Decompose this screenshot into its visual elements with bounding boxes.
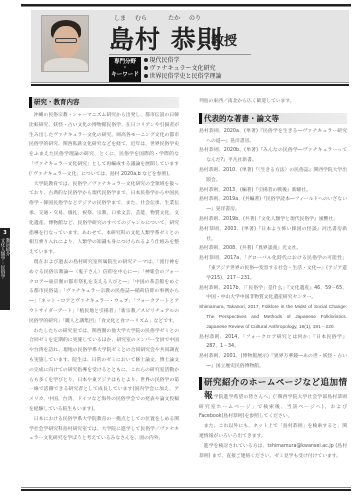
- publication-item: Shimamura, Takanori, 2017, Folklore in t…: [199, 303, 347, 332]
- top-rule: [21, 4, 351, 7]
- portrait-photo: [41, 15, 89, 72]
- paragraph: 沖縄の民俗宗教・シャーマニズム研究から出発し、都市伝説の日韓比較研究、妖怪・占い…: [29, 111, 179, 180]
- profile-header: しま むら たか のり 島村 恭則 教授 専門分野 ・ キーワード 現代民俗学 …: [31, 10, 349, 82]
- paragraph: 「大学院進学希望の皆さんへ」(「関西学院大学社会学部島村恭則研究室ホームページ」…: [199, 393, 347, 422]
- professor-title: 教授: [211, 30, 237, 49]
- paragraph: わたしたちの研究室では、関西圏の他大学大学院の民俗学ゼミとの合同ゼミを定期的に実…: [29, 327, 179, 415]
- keyword-item: 現代民俗学: [144, 57, 222, 65]
- publication-item: 島村恭則、2017b、「「民俗学」是什么」『文化遺産』46、59－65、中国・中…: [199, 284, 347, 304]
- publication-item: 島村恭則、2019a、(共編著)『民俗学読本―フィールドへのいざない―』晃洋書房…: [199, 195, 347, 215]
- chapter-side-tab: 3 教員紹介 文化人類学・民俗学: [0, 228, 10, 310]
- publication-item: 島村恭則、2003、(単著)『日本より怖い韓国の怪談』河出書房新社。: [199, 225, 347, 245]
- section-heading-research: 研究・教育内容: [29, 97, 179, 108]
- publication-item: 島村恭則、2001、(博物館展示)『異界万華鏡―あの世・妖怪・占い―』国立歴史民…: [199, 352, 347, 372]
- paragraph: また、これ以外にも、ネット上で「島村恭則」を検索すると、関連情報がいろいろ出てき…: [199, 422, 347, 442]
- name-underline: [109, 54, 251, 55]
- bottom-rule: [21, 487, 351, 491]
- keyword-label: 専門分野 ・ キーワード: [109, 57, 141, 82]
- publication-item: 島村恭則、2014、「フォークロア研究とは何か」『日本民俗学』287、1－34。: [199, 333, 347, 353]
- publication-item: 島村恭則、2019b、(共著)『文化人類学と現代民俗学』風響社。: [199, 215, 347, 225]
- section-heading-publications: 代表的な著書・論文等: [199, 113, 347, 124]
- publication-item: 島村恭則、2020a、(単著)『民俗学を生きる―ヴァナキュラー研究への道―』晃洋…: [199, 127, 347, 147]
- bullet-icon: [144, 74, 148, 78]
- bullet-icon: [144, 58, 148, 62]
- section-heading-homepage: 研究紹介のホームページなど追加情報: [199, 377, 347, 390]
- header-rule: [31, 82, 349, 86]
- publication-item: 島村恭則、2008、(共著)『異界談義』光文社。: [199, 244, 347, 254]
- paragraph-continuation: 列島の東西／南北から広く歓迎しています。: [199, 97, 347, 107]
- left-column: 研究・教育内容 沖縄の民俗宗教・シャーマニズム研究から出発し、都市伝説の日韓比較…: [29, 97, 179, 444]
- publication-item: 島村恭則、2010、(単著)『〈生きる方法〉の民俗誌』関西学院大学出版会。: [199, 166, 347, 186]
- paragraph: 進学を検討されている方は、tshimamura@kwansei.ac.jp (島…: [199, 442, 347, 462]
- paragraph: 現在および過去の島村研究室所属院生の研究テーマは、「流行神をめぐる民俗宗教論―〈…: [29, 258, 179, 327]
- publication-item: 島村恭則、2013、(編著)『引揚者の戦後』新曜社。: [199, 186, 347, 196]
- bullet-icon: [144, 66, 148, 70]
- professor-name: 島村 恭則: [109, 20, 223, 56]
- publication-item: 島村恭則、2017a、「グローバル化時代における民俗学の可能性」『東アジア世界の…: [199, 254, 347, 283]
- paragraph: 大学院教育では、民俗学／ヴァナキュラー文化研究の全領域を扱っており、古典的な民俗…: [29, 180, 179, 258]
- keyword-item: 世界民俗学史と民俗学理論: [144, 73, 222, 81]
- paragraph: 日本における民俗学系大学院教育の一拠点としての位置をしめる関学社会学研究科島村研…: [29, 415, 179, 444]
- right-column: 列島の東西／南北から広く歓迎しています。 代表的な著書・論文等 島村恭則、202…: [199, 97, 347, 461]
- keyword-list: 現代民俗学 ヴァナキュラー文化研究 世界民俗学史と民俗学理論: [144, 57, 222, 82]
- publication-item: 島村恭則、2020b、(単著)『みんなの民俗学―ヴァナキュラーってなんだ?』平凡…: [199, 146, 347, 166]
